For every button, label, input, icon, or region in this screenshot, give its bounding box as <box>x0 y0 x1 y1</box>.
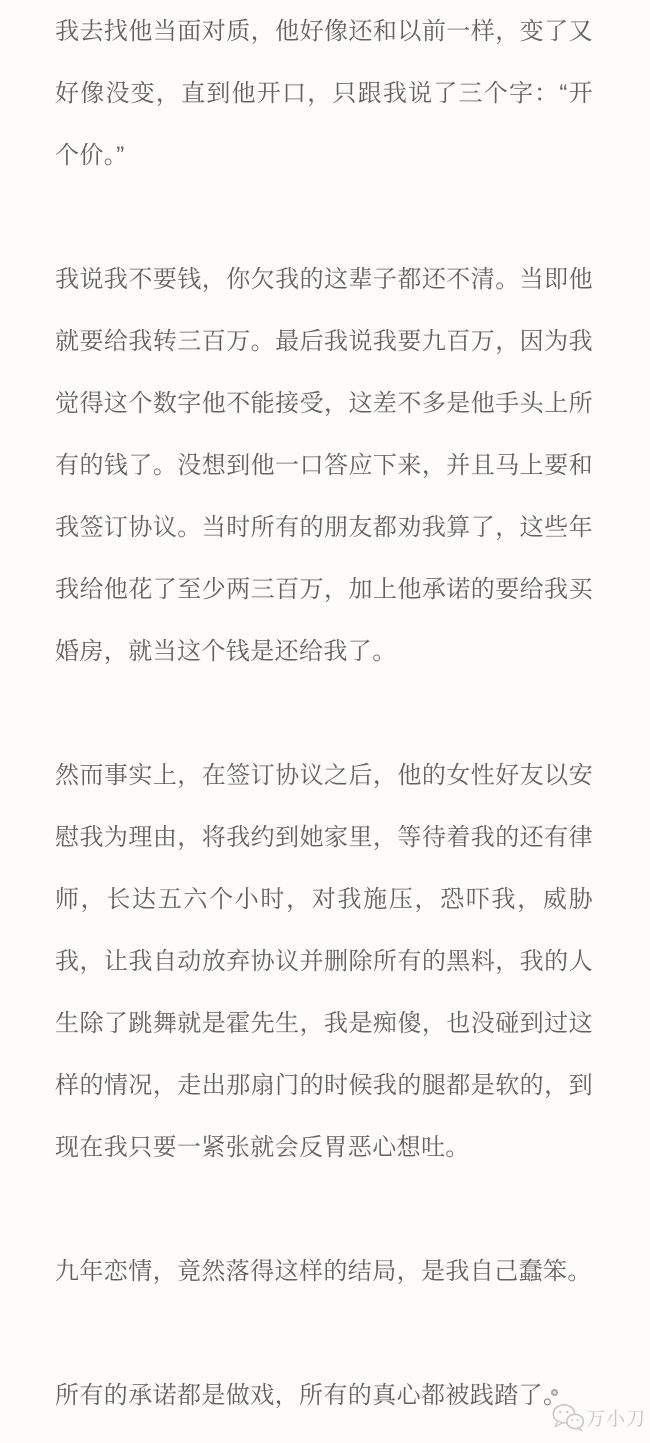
paragraph: 所有的承诺都是做戏，所有的真心都被践踏了。 <box>55 1365 593 1427</box>
watermark-dot <box>551 1389 558 1396</box>
article-page: 我去找他当面对质，他好像还和以前一样，变了又好像没变，直到他开口，只跟我说了三个… <box>0 0 650 1443</box>
paragraph: 我去找他当面对质，他好像还和以前一样，变了又好像没变，直到他开口，只跟我说了三个… <box>55 1 593 187</box>
article-body: 我去找他当面对质，他好像还和以前一样，变了又好像没变，直到他开口，只跟我说了三个… <box>0 0 650 1427</box>
paragraph: 九年恋情，竟然落得这样的结局，是我自己蠢笨。 <box>55 1241 593 1303</box>
wechat-watermark: 万小刀 <box>552 1402 646 1432</box>
paragraph: 我说我不要钱，你欠我的这辈子都还不清。当即他就要给我转三百万。最后我说我要九百万… <box>55 249 593 683</box>
watermark-account-name: 万小刀 <box>586 1404 646 1431</box>
wechat-logo-icon <box>552 1402 584 1432</box>
paragraph: 然而事实上，在签订协议之后，他的女性好友以安慰我为理由，将我约到她家里，等待着我… <box>55 745 593 1179</box>
